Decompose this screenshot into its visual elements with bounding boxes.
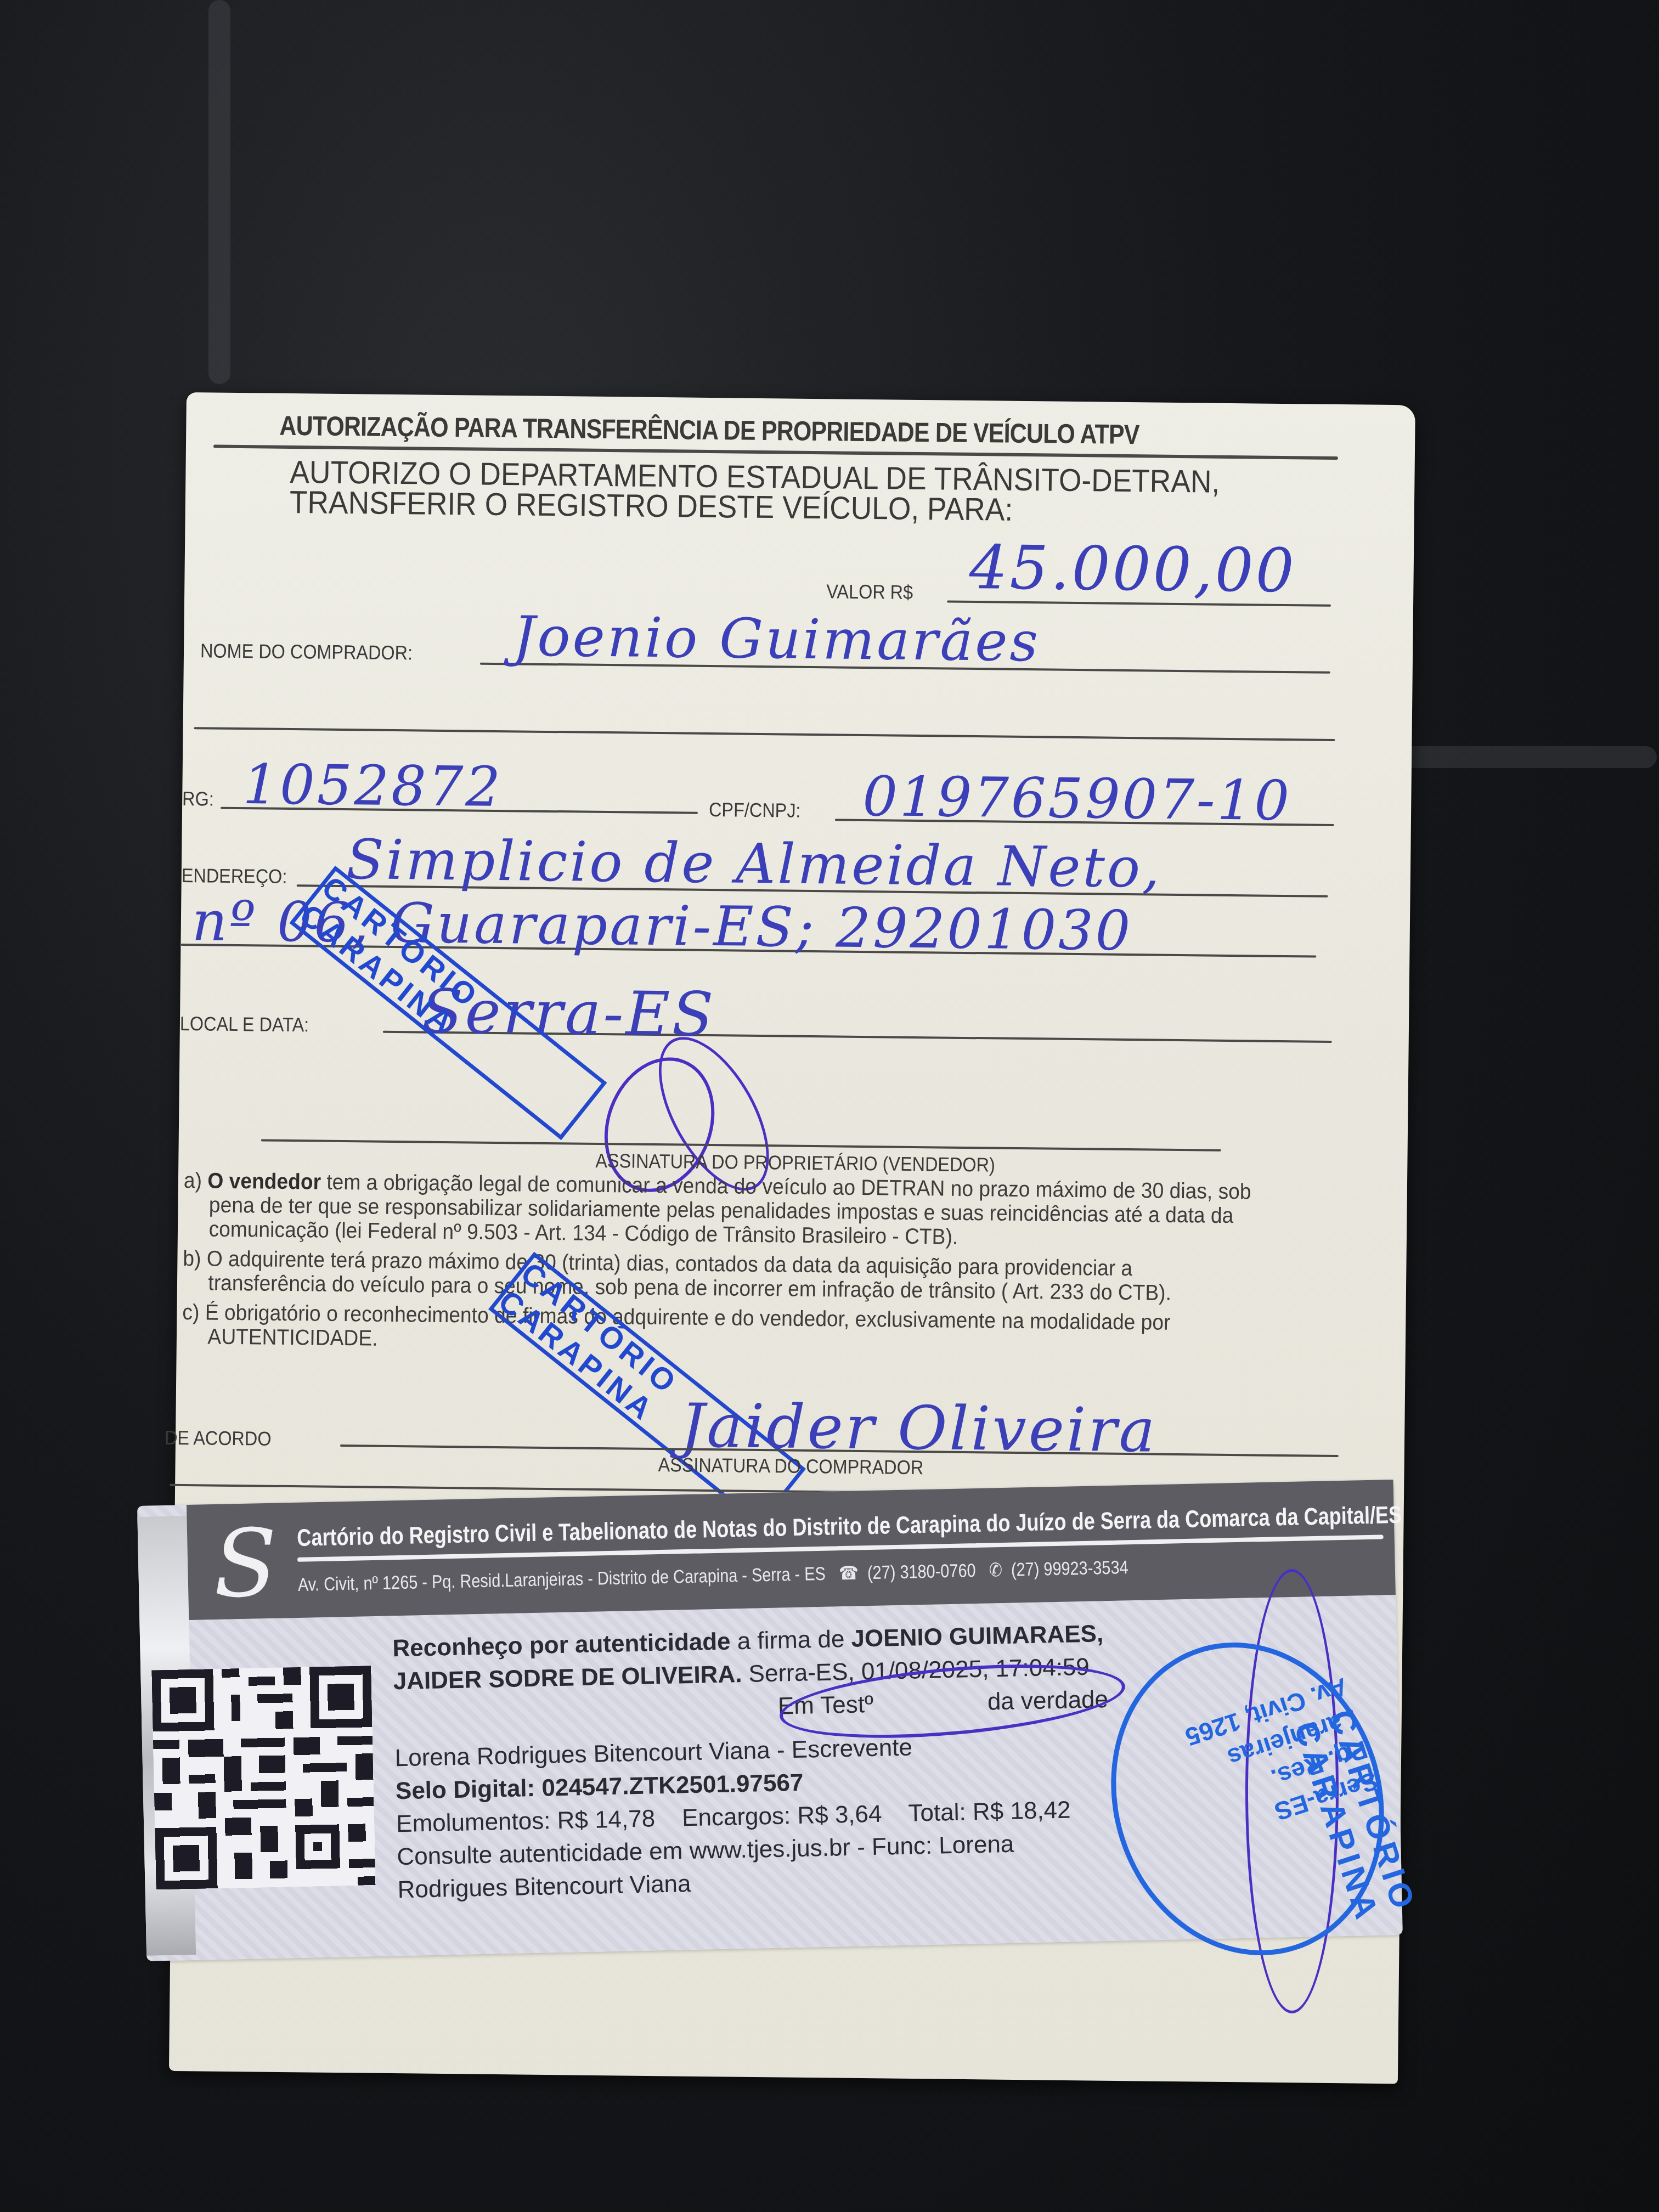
blank-line bbox=[194, 727, 1335, 741]
double-s-logo-icon: S bbox=[203, 1514, 287, 1614]
signer-2: JAIDER SODRE DE OLIVEIRA. bbox=[393, 1661, 742, 1695]
endereco-line-1-value[interactable]: Simplicio de Almeida Neto, bbox=[346, 827, 1162, 900]
comprador-value[interactable]: Joenio Guimarães bbox=[513, 604, 1041, 674]
office-address: Av. Civit, nº 1265 - Pq. Resid.Laranjeir… bbox=[298, 1556, 1128, 1596]
authorization-line-2: TRANSFERIR O REGISTRO DESTE VEÍCULO, PAR… bbox=[290, 484, 1013, 528]
qr-code[interactable] bbox=[151, 1666, 375, 1889]
buyer-signature-label: ASSINATURA DO COMPRADOR bbox=[658, 1453, 923, 1479]
note-c: c) É obrigatório o reconhecimento de fir… bbox=[182, 1300, 1254, 1359]
rg-value[interactable]: 1052872 bbox=[242, 752, 503, 819]
valor-value[interactable]: 45.000,00 bbox=[969, 532, 1296, 606]
rg-label: RG: bbox=[182, 787, 214, 811]
selo-value: 024547.ZTK2501.97567 bbox=[541, 1769, 804, 1802]
office-whatsapp[interactable]: (27) 99923-3534 bbox=[1011, 1557, 1128, 1580]
legal-notes: a) O vendedor tem a obrigação legal de c… bbox=[182, 1169, 1336, 1366]
note-a: a) O vendedor tem a obrigação legal de c… bbox=[183, 1169, 1255, 1252]
signer-1: JOENIO GUIMARAES, bbox=[851, 1620, 1104, 1652]
cpf-label: CPF/CNPJ: bbox=[709, 798, 801, 822]
document-title: AUTORIZAÇÃO PARA TRANSFERÊNCIA DE PROPRI… bbox=[279, 410, 1139, 450]
seller-signature-label: ASSINATURA DO PROPRIETÁRIO (VENDEDOR) bbox=[595, 1149, 995, 1177]
sticker-header: S Cartório do Registro Civil e Tabeliona… bbox=[187, 1480, 1396, 1620]
qr-code-icon bbox=[151, 1666, 375, 1889]
note-b: b) O adquirente terá prazo máximo de 30 … bbox=[183, 1246, 1255, 1306]
valor-label: VALOR R$ bbox=[826, 580, 913, 604]
total-value: R$ 18,42 bbox=[972, 1796, 1071, 1825]
phone-icon: ☎ bbox=[830, 1562, 863, 1584]
endereco-label: ENDEREÇO: bbox=[182, 864, 287, 888]
office-phone[interactable]: (27) 3180-0760 bbox=[867, 1560, 976, 1583]
emolumentos-value: R$ 14,78 bbox=[557, 1805, 656, 1834]
office-name: Cartório do Registro Civil e Tabelionato… bbox=[297, 1502, 1402, 1552]
cpf-value[interactable]: 019765907-10 bbox=[862, 764, 1292, 833]
whatsapp-icon: ✆ bbox=[980, 1560, 1007, 1581]
fabric-seam bbox=[1393, 746, 1657, 768]
comprador-label: NOME DO COMPRADOR: bbox=[200, 639, 413, 664]
encargos-value: R$ 3,64 bbox=[797, 1801, 882, 1829]
de-acordo-label: DE ACORDO bbox=[165, 1426, 272, 1451]
local-label: LOCAL E DATA: bbox=[180, 1012, 309, 1036]
fabric-seam bbox=[208, 0, 230, 384]
